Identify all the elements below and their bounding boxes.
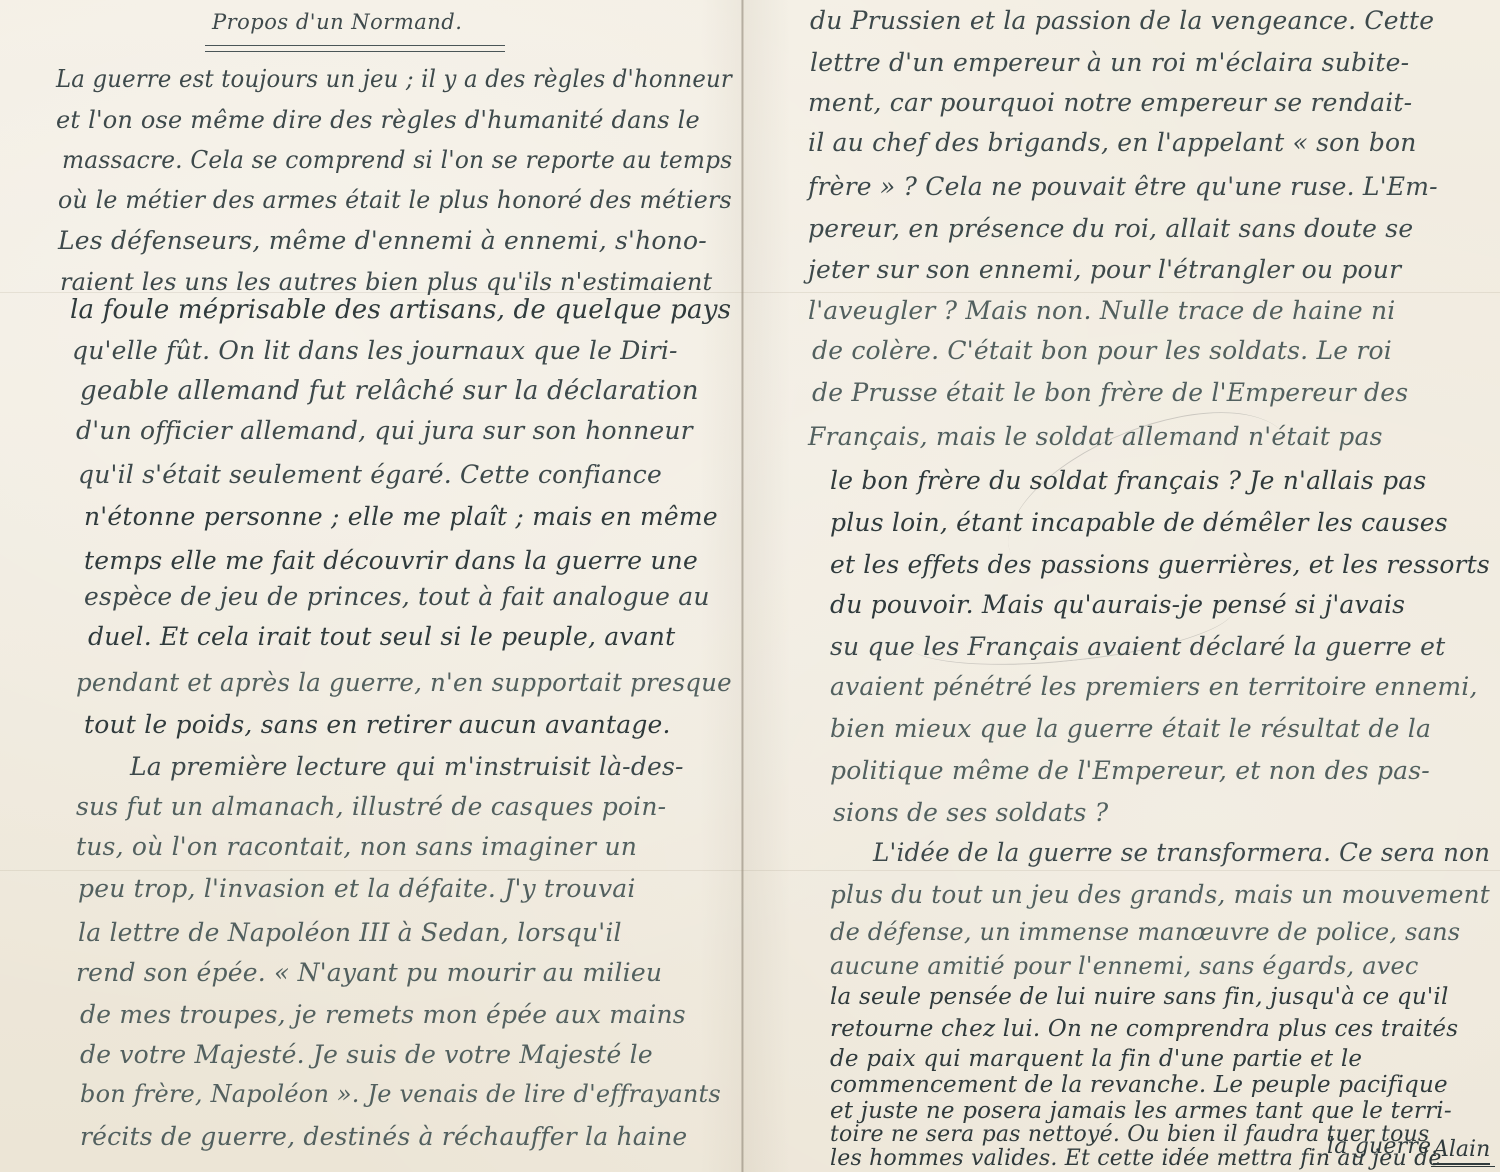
text-line: tus, où l'on racontait, non sans imagine… [76,832,637,861]
text-line: plus loin, étant incapable de démêler le… [830,508,1448,537]
text-line: massacre. Cela se comprend si l'on se re… [62,146,732,174]
title-underline [205,45,505,52]
text-line: La première lecture qui m'instruisit là-… [130,752,684,781]
author-signature: Alain [1433,1137,1490,1165]
text-line: plus du tout un jeu des grands, mais un … [830,880,1490,909]
text-line: de colère. C'était bon pour les soldats.… [812,336,1392,365]
text-line: l'aveugler ? Mais non. Nulle trace de ha… [808,296,1396,325]
text-line: la foule méprisable des artisans, de que… [70,295,731,325]
manuscript-sheet: Propos d'un Normand. La guerre est toujo… [0,0,1500,1172]
text-line: de paix qui marquent la fin d'une partie… [830,1046,1362,1072]
text-line: raient les uns les autres bien plus qu'i… [60,268,712,296]
text-line: d'un officier allemand, qui jura sur son… [76,416,693,445]
text-line: qu'elle fût. On lit dans les journaux qu… [72,336,678,365]
text-line: lettre d'un empereur à un roi m'éclaira … [810,48,1409,77]
text-line: où le métier des armes était le plus hon… [58,186,732,214]
text-line: aucune amitié pour l'ennemi, sans égards… [830,952,1419,980]
text-line: récits de guerre, destinés à réchauffer … [80,1122,687,1151]
right-page: du Prussien et la passion de la vengeanc… [745,0,1500,1172]
text-line: retourne chez lui. On ne comprendra plus… [830,1016,1458,1042]
text-line: il au chef des brigands, en l'appelant «… [808,128,1417,157]
text-line: le bon frère du soldat français ? Je n'a… [830,466,1426,495]
text-line: la guerre. [1327,1134,1438,1159]
text-line: bon frère, Napoléon ». Je venais de lire… [80,1080,721,1108]
text-line: et l'on ose même dire des règles d'human… [56,106,700,134]
text-line: su que les Français avaient déclaré la g… [830,632,1445,661]
text-line: de Prusse était le bon frère de l'Empere… [812,378,1408,407]
text-line: bien mieux que la guerre était le résult… [830,714,1431,743]
text-line: commencement de la revanche. Le peuple p… [830,1072,1448,1098]
text-line: politique même de l'Empereur, et non des… [830,756,1430,785]
text-line: la lettre de Napoléon III à Sedan, lorsq… [78,918,622,947]
left-page: Propos d'un Normand. La guerre est toujo… [0,0,740,1172]
text-line: n'étonne personne ; elle me plaît ; mais… [84,502,718,531]
center-fold [741,0,744,1172]
text-line: duel. Et cela irait tout seul si le peup… [88,622,675,651]
text-line: frère » ? Cela ne pouvait être qu'une ru… [808,172,1438,201]
text-line: rend son épée. « N'ayant pu mourir au mi… [76,958,662,987]
text-line: ment, car pourquoi notre empereur se ren… [808,88,1412,117]
text-line: qu'il s'était seulement égaré. Cette con… [78,460,662,489]
text-line: du pouvoir. Mais qu'aurais-je pensé si j… [830,590,1405,619]
text-line: pendant et après la guerre, n'en support… [76,668,732,697]
text-line: Les défenseurs, même d'ennemi à ennemi, … [58,226,707,255]
text-line: sus fut un almanach, illustré de casques… [76,792,666,821]
text-line: de votre Majesté. Je suis de votre Majes… [80,1040,653,1069]
text-line: tout le poids, sans en retirer aucun ava… [84,710,671,739]
text-line: peu trop, l'invasion et la défaite. J'y … [78,874,636,903]
text-line: espèce de jeu de princes, tout à fait an… [84,582,710,611]
text-line: pereur, en présence du roi, allait sans … [808,214,1413,243]
text-line: L'idée de la guerre se transformera. Ce … [873,838,1490,867]
text-line: et les effets des passions guerrières, e… [830,550,1490,579]
text-line: la seule pensée de lui nuire sans fin, j… [830,984,1449,1010]
text-line: sions de ses soldats ? [833,798,1108,827]
text-line: jeter sur son ennemi, pour l'étrangler o… [808,255,1401,284]
signature-underline [1431,1166,1495,1167]
text-line: de défense, un immense manœuvre de polic… [830,918,1460,946]
text-line: avaient pénétré les premiers en territoi… [830,672,1478,701]
text-line: du Prussien et la passion de la vengeanc… [810,6,1434,35]
text-line: geable allemand fut relâché sur la décla… [80,376,699,406]
text-line: de mes troupes, je remets mon épée aux m… [80,1000,686,1029]
text-line: temps elle me fait découvrir dans la gue… [84,546,698,575]
text-line: La guerre est toujours un jeu ; il y a d… [56,65,732,93]
text-line: et juste ne posera jamais les armes tant… [830,1098,1452,1124]
document-title: Propos d'un Normand. [212,10,462,34]
text-line: Français, mais le soldat allemand n'étai… [808,422,1383,451]
